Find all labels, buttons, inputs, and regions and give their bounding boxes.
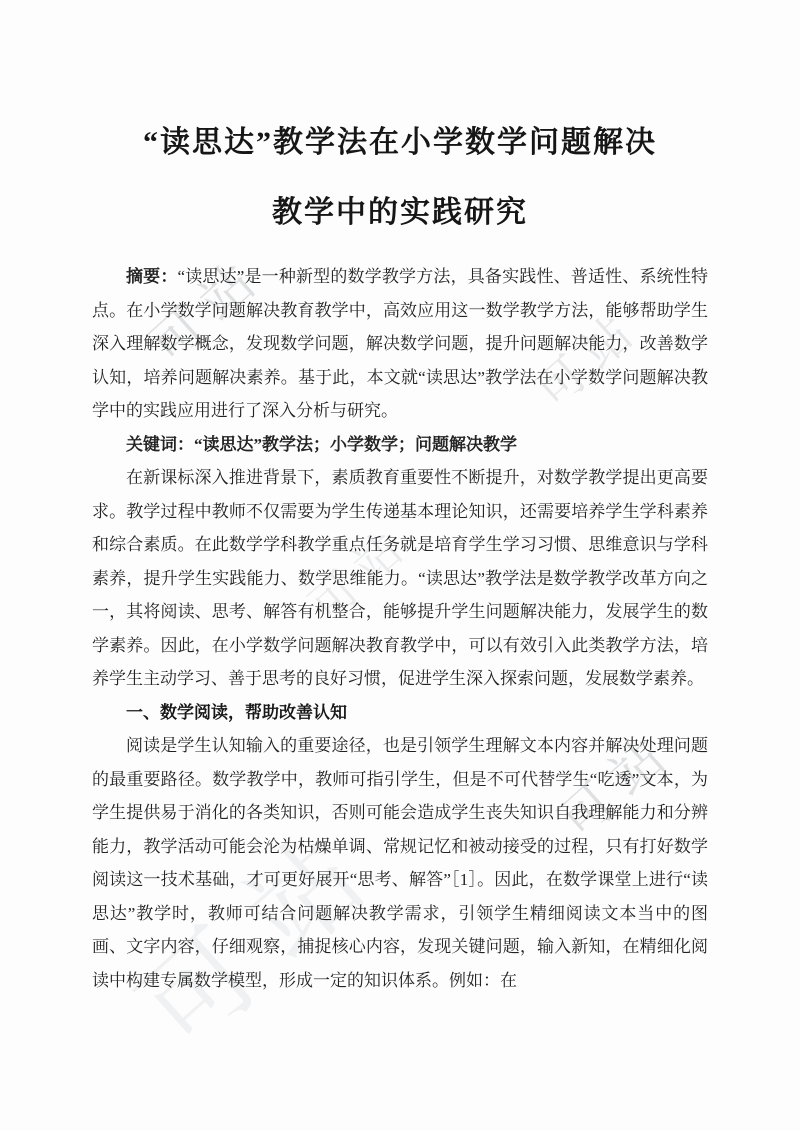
keywords-text: “读思达”教学法；小学数学；问题解决教学 <box>194 435 517 454</box>
abstract-text: “读思达”是一种新型的数学教学方法，具备实践性、普适性、系统性特点。在小学数学问… <box>92 267 708 420</box>
paper-title-line-1: “读思达”教学法在小学数学问题解决 <box>0 108 800 178</box>
abstract-label: 摘要： <box>126 267 178 286</box>
keywords-label: 关键词： <box>126 435 194 454</box>
section1-paragraph: 阅读是学生认知输入的重要途径，也是引领学生理解文本内容并解决处理问题的最重要路径… <box>92 729 708 997</box>
paper-title-line-2: 教学中的实践研究 <box>0 178 800 248</box>
section1-heading: 一、数学阅读，帮助改善认知 <box>92 696 708 730</box>
paper-body: 摘要：“读思达”是一种新型的数学教学方法，具备实践性、普适性、系统性特点。在小学… <box>92 260 708 997</box>
document-page: 可站 可站 可站 可站 可站 “读思达”教学法在小学数学问题解决 教学中的实践研… <box>0 0 800 1131</box>
paper-title: “读思达”教学法在小学数学问题解决 教学中的实践研究 <box>0 108 800 248</box>
intro-paragraph: 在新课标深入推进背景下，素质教育重要性不断提升，对数学教学提出更高要求。教学过程… <box>92 461 708 696</box>
keywords-line: 关键词：“读思达”教学法；小学数学；问题解决教学 <box>92 428 708 462</box>
abstract-paragraph: 摘要：“读思达”是一种新型的数学教学方法，具备实践性、普适性、系统性特点。在小学… <box>92 260 708 428</box>
